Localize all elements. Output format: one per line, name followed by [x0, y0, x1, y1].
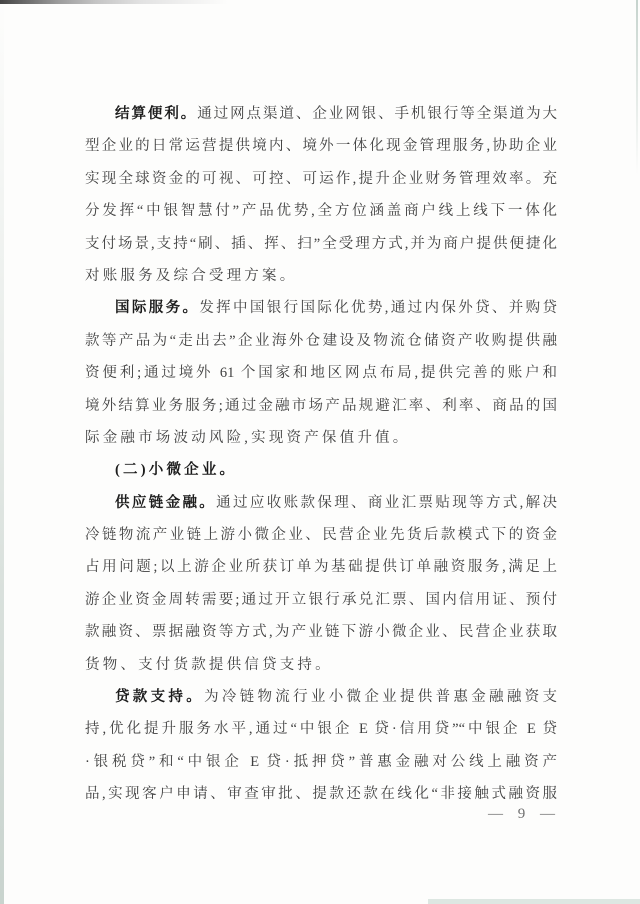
- text-line: 结算便利。通过网点渠道、企业网银、手机银行等全渠道为大: [85, 98, 557, 130]
- paragraph-heading-run: 结算便利。: [115, 106, 197, 122]
- scan-artifact-top-streak: [0, 0, 228, 4]
- text-line: 款融资、票据融资等方式,为产业链下游小微企业、民营企业获取: [85, 616, 557, 648]
- scan-artifact-bottom-edge: [428, 899, 640, 904]
- text-line: 游企业资金周转需要;通过开立银行承兑汇票、国内信用证、预付: [85, 584, 557, 616]
- line-text-run: 型企业的日常运营提供境内、境外一体化现金管理服务,协助企业: [85, 138, 557, 154]
- text-line: 资便利;通过境外 61 个国家和地区网点布局,提供完善的账户和: [85, 357, 557, 389]
- text-line: 占用问题;以上游企业所获订单为基础提供订单融资服务,满足上: [85, 551, 557, 583]
- line-text-run: ·银税贷”和“中银企 E 贷·抵押贷”普惠金融对公线上融资产: [85, 754, 557, 770]
- line-text-run: 通过应收账款保理、商业汇票贴现等方式,解决: [216, 495, 557, 511]
- text-line: ·银税贷”和“中银企 E 贷·抵押贷”普惠金融对公线上融资产: [85, 746, 557, 778]
- line-text-run: 冷链物流产业链上游小微企业、民营企业先货后款模式下的资金: [85, 527, 557, 543]
- line-text-run: 资便利;通过境外 61 个国家和地区网点布局,提供完善的账户和: [85, 365, 557, 381]
- text-line: 冷链物流产业链上游小微企业、民营企业先货后款模式下的资金: [85, 519, 557, 551]
- text-line: 境外结算业务服务;通过金融市场产品规避汇率、利率、商品的国: [85, 390, 557, 422]
- line-text-run: 款等产品为“走出去”企业海外仓建设及物流仓储资产收购提供融: [85, 333, 557, 349]
- text-line: 分发挥“中银智慧付”产品优势,全方位涵盖商户线上线下一体化: [85, 195, 557, 227]
- line-text-run: 分发挥“中银智慧付”产品优势,全方位涵盖商户线上线下一体化: [85, 203, 557, 219]
- line-text-run: 为冷链物流行业小微企业提供普惠金融融资支: [204, 689, 557, 705]
- line-text-run: 支付场景,支持“刷、插、挥、扫”全受理方式,并为商户提供便捷化: [85, 236, 557, 252]
- text-line: 支付场景,支持“刷、插、挥、扫”全受理方式,并为商户提供便捷化: [85, 228, 557, 260]
- line-text-run: 际金融市场波动风险,实现资产保值升值。: [85, 430, 410, 446]
- line-text-run: 发挥中国银行国际化优势,通过内保外贷、并购贷: [199, 300, 557, 316]
- document-page: 结算便利。通过网点渠道、企业网银、手机银行等全渠道为大 型企业的日常运营提供境内…: [0, 0, 640, 904]
- text-line: 对账服务及综合受理方案。: [85, 260, 557, 292]
- text-line: 供应链金融。通过应收账款保理、商业汇票贴现等方式,解决: [85, 487, 557, 519]
- line-text-run: 款融资、票据融资等方式,为产业链下游小微企业、民营企业获取: [85, 624, 557, 640]
- scan-artifact-left-edge: [0, 0, 4, 904]
- paragraph-heading-run: 供应链金融。: [115, 495, 216, 511]
- text-line: 国际服务。发挥中国银行国际化优势,通过内保外贷、并购贷: [85, 292, 557, 324]
- line-text-run: 持,优化提升服务水平,通过“中银企 E 贷·信用贷”“中银企 E 贷: [85, 721, 557, 737]
- line-text-run: 实现全球资金的可视、可控、可运作,提升企业财务管理效率。充: [85, 171, 557, 187]
- text-line: (二)小微企业。: [85, 454, 557, 486]
- scan-artifact-right-edge: [636, 0, 638, 175]
- line-text-run: 货物、支付货款提供信贷支持。: [85, 657, 333, 673]
- text-line: 际金融市场波动风险,实现资产保值升值。: [85, 422, 557, 454]
- text-line: 货物、支付货款提供信贷支持。: [85, 649, 557, 681]
- document-body: 结算便利。通过网点渠道、企业网银、手机银行等全渠道为大 型企业的日常运营提供境内…: [85, 98, 557, 811]
- paragraph-heading-run: 国际服务。: [115, 300, 199, 316]
- text-line: 实现全球资金的可视、可控、可运作,提升企业财务管理效率。充: [85, 163, 557, 195]
- text-line: 贷款支持。为冷链物流行业小微企业提供普惠金融融资支: [85, 681, 557, 713]
- line-text-run: 通过网点渠道、企业网银、手机银行等全渠道为大: [197, 106, 557, 122]
- text-line: 持,优化提升服务水平,通过“中银企 E 贷·信用贷”“中银企 E 贷: [85, 713, 557, 745]
- line-text-run: 境外结算业务服务;通过金融市场产品规避汇率、利率、商品的国: [85, 398, 557, 414]
- line-text-run: 对账服务及综合受理方案。: [85, 268, 297, 284]
- text-line: 品,实现客户申请、审查审批、提款还款在线化“非接触式融资服: [85, 778, 557, 810]
- text-line: 款等产品为“走出去”企业海外仓建设及物流仓储资产收购提供融: [85, 325, 557, 357]
- line-text-run: 品,实现客户申请、审查审批、提款还款在线化“非接触式融资服: [85, 786, 557, 802]
- paragraph-heading-run: 贷款支持。: [115, 689, 204, 705]
- text-line: 型企业的日常运营提供境内、境外一体化现金管理服务,协助企业: [85, 130, 557, 162]
- line-text-run: 占用问题;以上游企业所获订单为基础提供订单融资服务,满足上: [85, 559, 557, 575]
- paragraph-heading-run: (二)小微企业。: [115, 462, 237, 478]
- line-text-run: 游企业资金周转需要;通过开立银行承兑汇票、国内信用证、预付: [85, 592, 557, 608]
- page-number: — 9 —: [488, 805, 556, 823]
